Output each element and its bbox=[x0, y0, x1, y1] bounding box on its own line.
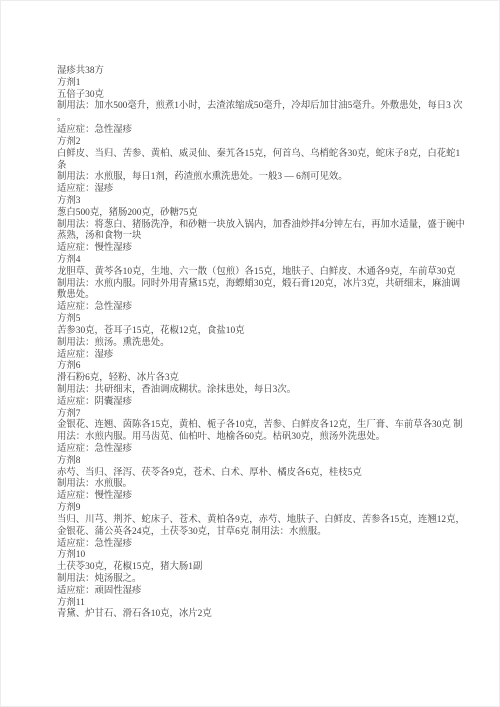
prescription-line: 白鲜皮、当归、苦参、黄柏、威灵仙、秦艽各15克，何首乌、乌梢蛇各30克，蛇床子8… bbox=[57, 149, 457, 161]
prescription-name: 方剂10 bbox=[57, 550, 457, 562]
prescription: 方剂5 苦参30克，苍耳子15克，花椒12克，食盐10克制用法：煎汤。熏洗患处。… bbox=[57, 314, 457, 361]
document-body: 湿疹共38方 方剂1 五倍子30克制用法：加水500毫升，煎煮1小时，去渣浓缩成… bbox=[57, 66, 457, 621]
prescription: 方剂10 土茯苓30克，花椒15克，猪大肠1副制用法：炖汤服之。适应症：顽固性湿… bbox=[57, 550, 457, 597]
prescription-line: 苦参30克，苍耳子15克，花椒12克，食盐10克 bbox=[57, 326, 457, 338]
prescription-name: 方剂8 bbox=[57, 456, 457, 468]
prescription: 方剂8 赤芍、当归、泽泻、茯苓各9克，苍术、白术、厚朴、橘皮各6克，桂枝5克制用… bbox=[57, 456, 457, 503]
prescription: 方剂7 金银花、连翘、茵陈各15克，黄柏、栀子各10克，苦参、白鲜皮各12克，生… bbox=[57, 409, 457, 456]
prescription-name: 方剂2 bbox=[57, 137, 457, 149]
prescription-line: 金银花、连翘、茵陈各15克，黄柏、栀子各10克，苦参、白鲜皮各12克，生厂膏、车… bbox=[57, 420, 457, 432]
prescription-line: 适应症：湿疹 bbox=[57, 350, 457, 362]
prescription: 方剂11 青黛、炉甘石、滑石各10克，冰片2克 bbox=[57, 598, 457, 622]
prescription-line: 制用法：水煎服。 bbox=[57, 479, 457, 491]
prescription-line: 适应症：急性湿疹 bbox=[57, 125, 457, 137]
prescription-line: 制用法：煎汤。熏洗患处。 bbox=[57, 338, 457, 350]
prescription-line: 。 bbox=[57, 113, 457, 125]
prescription-name: 方剂3 bbox=[57, 196, 457, 208]
document-heading: 湿疹共38方 bbox=[57, 66, 457, 78]
prescription-line: 适应症：顽固性湿疹 bbox=[57, 586, 457, 598]
prescription-line: 敷患处。 bbox=[57, 290, 457, 302]
prescription-line: 适应症：急性湿疹 bbox=[57, 444, 457, 456]
prescription-name: 方剂4 bbox=[57, 255, 457, 267]
page: { "page": { "background_color": "#ffffff… bbox=[0, 0, 500, 707]
prescription: 方剂2 白鲜皮、当归、苦参、黄柏、威灵仙、秦艽各15克，何首乌、乌梢蛇各30克，… bbox=[57, 137, 457, 196]
prescription: 方剂4 龙胆草、黄芩各10克，生地、六一散（包煎）各15克，地肤子、白鲜皮、木通… bbox=[57, 255, 457, 314]
prescription-line: 蒸熟，汤和食物一块 bbox=[57, 231, 457, 243]
prescription-line: 适应症：急性湿疹 bbox=[57, 302, 457, 314]
prescription-line: 制用法：水煎服，每日1剂，药渣煎水熏洗患处。一般3 — 6剂可见效。 bbox=[57, 172, 457, 184]
prescription: 方剂3 葱白500克，猪肠200克，砂糖75克制用法：将葱白、猪肠洗净，和砂糖一… bbox=[57, 196, 457, 255]
prescription-line: 制用法：水煎内服。同时外用青黛15克，海螵蛸30克，煅石膏120克，冰片3克，共… bbox=[57, 279, 457, 291]
prescription-line: 用法：水煎内服。用马齿苋、仙柏叶、地榆各60克。枯矾30克，煎汤外洗患处。 bbox=[57, 432, 457, 444]
prescription-name: 方剂5 bbox=[57, 314, 457, 326]
prescription-line: 制用法：加水500毫升，煎煮1小时，去渣浓缩成50毫升，冷却后加甘油5毫升。外敷… bbox=[57, 101, 457, 113]
prescription-name: 方剂1 bbox=[57, 78, 457, 90]
prescription-line: 制用法：炖汤服之。 bbox=[57, 574, 457, 586]
prescription-line: 赤芍、当归、泽泻、茯苓各9克，苍术、白术、厚朴、橘皮各6克，桂枝5克 bbox=[57, 468, 457, 480]
prescription-name: 方剂9 bbox=[57, 503, 457, 515]
prescription-line: 适应症：慢性湿疹 bbox=[57, 243, 457, 255]
prescription-line: 青黛、炉甘石、滑石各10克，冰片2克 bbox=[57, 609, 457, 621]
prescription: 方剂9 当归、川芎、荆芥、蛇床子、苍术、黄柏各9克，赤芍、地肤子、白鲜皮、苦参各… bbox=[57, 503, 457, 550]
prescription-name: 方剂11 bbox=[57, 598, 457, 610]
prescription-line: 金银花、蒲公英各24克，土茯苓30克，甘草6克 制用法：水煎服。 bbox=[57, 527, 457, 539]
prescription-name: 方剂6 bbox=[57, 361, 457, 373]
prescription-line: 制用法：共研细末，香油调成糊状。涂抹患处，每日3次。 bbox=[57, 385, 457, 397]
prescription-line: 土茯苓30克，花椒15克，猪大肠1副 bbox=[57, 562, 457, 574]
prescription-line: 滑石粉6克，轻粉、冰片各3克 bbox=[57, 373, 457, 385]
prescription-line: 五倍子30克 bbox=[57, 90, 457, 102]
prescription-line: 条 bbox=[57, 161, 457, 173]
prescription-line: 当归、川芎、荆芥、蛇床子、苍术、黄柏各9克，赤芍、地肤子、白鲜皮、苦参各15克，… bbox=[57, 515, 457, 527]
prescription-name: 方剂7 bbox=[57, 409, 457, 421]
prescription-line: 适应症：慢性湿疹 bbox=[57, 491, 457, 503]
prescription: 方剂1 五倍子30克制用法：加水500毫升，煎煮1小时，去渣浓缩成50毫升，冷却… bbox=[57, 78, 457, 137]
prescription-line: 葱白500克，猪肠200克，砂糖75克 bbox=[57, 208, 457, 220]
prescription-line: 适应症：急性湿疹 bbox=[57, 539, 457, 551]
prescription-line: 龙胆草、黄芩各10克，生地、六一散（包煎）各15克，地肤子、白鲜皮、木通各9克，… bbox=[57, 267, 457, 279]
prescription-line: 制用法：将葱白、猪肠洗净，和砂糖一块放入锅内，加香油炒拌4分钟左右，再加水适量，… bbox=[57, 220, 457, 232]
prescription-line: 适应症：阴囊湿疹 bbox=[57, 397, 457, 409]
prescription: 方剂6 滑石粉6克，轻粉、冰片各3克制用法：共研细末，香油调成糊状。涂抹患处，每… bbox=[57, 361, 457, 408]
prescription-list: 方剂1 五倍子30克制用法：加水500毫升，煎煮1小时，去渣浓缩成50毫升，冷却… bbox=[57, 78, 457, 621]
prescription-line: 适应症：湿疹 bbox=[57, 184, 457, 196]
